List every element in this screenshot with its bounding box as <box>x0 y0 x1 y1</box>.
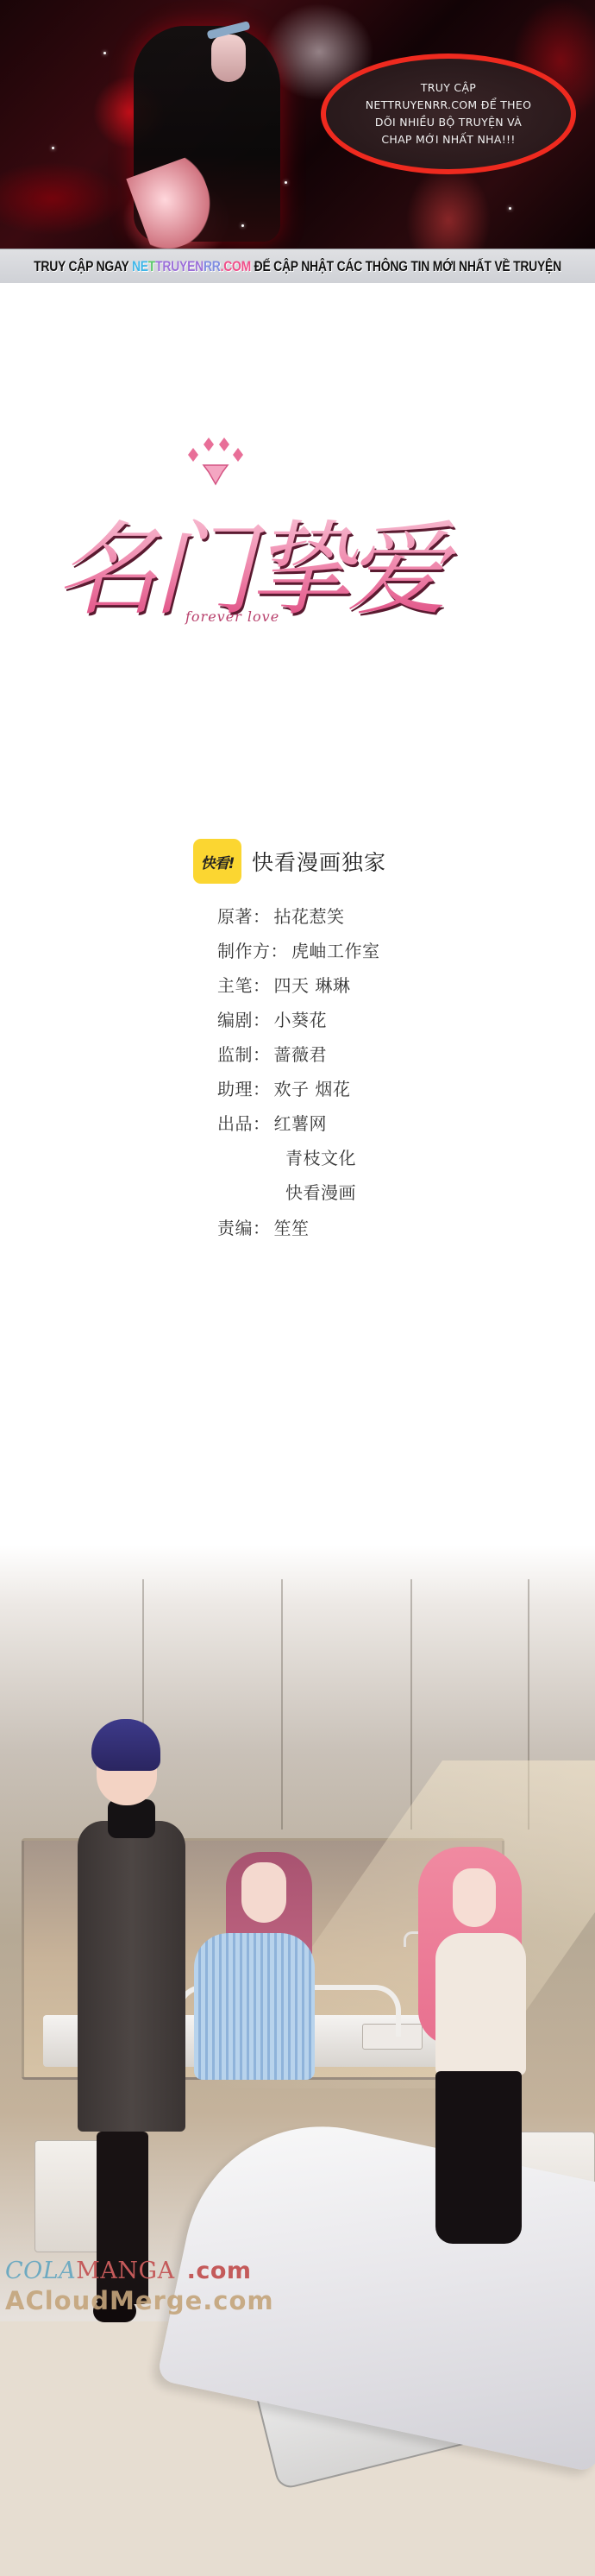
promo-link-bar[interactable]: TRUY CẬP NGAY NETTRUYENRR.COM ĐỂ CẬP NHẬ… <box>0 249 595 283</box>
promo-site-link[interactable]: NETTRUYENRR.COM <box>132 258 251 274</box>
link-segment: T <box>148 258 155 274</box>
credit-supervisor: 监制：蔷薇君 <box>217 1043 327 1066</box>
promo-bar-suffix: ĐỂ CẬP NHẬT CÁC THÔNG TIN MỚI NHẤT VỀ TR… <box>251 258 561 274</box>
patient-pajamas <box>194 1933 315 2080</box>
watermark-dotcom: .com <box>187 2258 252 2284</box>
watermark-line-2: ACloudMerge.com <box>5 2285 274 2316</box>
credit-value: 四天 琳琳 <box>274 974 351 997</box>
man-coat <box>78 1821 185 2132</box>
credit-publisher: 出品：红薯网 <box>217 1112 327 1135</box>
publisher-row: 快看! 快看漫画独家 <box>193 839 386 884</box>
series-subtitle: forever love <box>185 608 279 625</box>
credit-publisher-extra: 快看漫画 <box>285 1181 356 1204</box>
patient-face <box>241 1862 286 1923</box>
girl-cardigan <box>435 1933 526 2075</box>
credit-assistants: 助理：欢子 烟花 <box>217 1078 350 1100</box>
girl-face <box>453 1868 496 1927</box>
credit-value: 虎岫工作室 <box>291 940 380 962</box>
bubble-line: Truy cập <box>345 79 552 97</box>
credit-lead-artist: 主笔：四天 琳琳 <box>217 974 350 997</box>
watermark-cola: COLA <box>5 2258 76 2284</box>
credit-role: 出品： <box>217 1112 271 1135</box>
credit-value: 小葵花 <box>274 1009 328 1031</box>
man-turtleneck <box>108 1799 155 1838</box>
credit-editor: 责编：笙笙 <box>217 1217 310 1239</box>
promo-speech-bubble[interactable]: Truy cập nettruyenrr.com để theo dõi nhi… <box>321 54 576 174</box>
credit-role: 助理： <box>217 1078 271 1100</box>
bubble-line: dõi nhiều bộ truyện và <box>345 114 552 131</box>
credit-publisher-extra: 青枝文化 <box>285 1147 356 1169</box>
credit-original-author: 原著：拈花惹笑 <box>217 905 345 928</box>
promo-bubble-text: Truy cập nettruyenrr.com để theo dõi nhi… <box>345 79 552 148</box>
credit-value: 蔷薇君 <box>274 1043 328 1066</box>
credit-role: 编剧： <box>217 1009 271 1031</box>
link-segment: .COM <box>221 258 251 274</box>
sparkle-icon <box>241 224 244 227</box>
bubble-line: nettruyenrr.com để theo <box>345 97 552 114</box>
kuaikan-logo-icon: 快看! <box>193 839 241 884</box>
girl-skirt <box>435 2071 522 2244</box>
credit-role: 责编： <box>217 1217 271 1239</box>
watermark-line-1: COLAMANGA.com <box>5 2258 274 2285</box>
link-segment: NE <box>132 258 148 274</box>
bubble-line: chap mới nhất nha!!! <box>345 131 552 148</box>
link-segment: TRUYEN <box>155 258 204 274</box>
sparkle-icon <box>285 181 287 184</box>
promo-banner: Truy cập nettruyenrr.com để theo dõi nhi… <box>0 0 595 285</box>
sparkle-icon <box>52 147 54 149</box>
sparkle-icon <box>103 52 106 54</box>
credit-value: 欢子 烟花 <box>274 1078 351 1100</box>
exclusive-label: 快看漫画独家 <box>252 846 386 877</box>
comic-panel-hospital-room <box>0 1545 595 2576</box>
watermark-manga: MANGA <box>76 2258 174 2284</box>
credit-role: 原著： <box>217 905 271 928</box>
watermark: COLAMANGA.com ACloudMerge.com <box>5 2258 274 2316</box>
credit-value: 拈花惹笑 <box>274 905 345 928</box>
diamond-crown-icon <box>181 436 250 488</box>
credit-value: 红薯网 <box>274 1112 328 1135</box>
credit-role: 制作方： <box>217 940 288 962</box>
link-segment: RR <box>204 258 221 274</box>
promo-bar-text: TRUY CẬP NGAY NETTRUYENRR.COM ĐỂ CẬP NHẬ… <box>34 258 561 275</box>
promo-bar-prefix: TRUY CẬP NGAY <box>34 258 132 274</box>
wall-panel-seam <box>410 1579 412 1830</box>
sparkle-icon <box>509 207 511 210</box>
credit-value: 笙笙 <box>274 1217 310 1239</box>
credit-producer: 制作方：虎岫工作室 <box>217 940 380 962</box>
series-logo: 名门挚爱 forever love <box>39 436 539 656</box>
series-title: 名门挚爱 <box>39 483 539 656</box>
promo-character-face <box>211 35 246 82</box>
wall-panel-seam <box>281 1579 283 1830</box>
credit-role: 监制： <box>217 1043 271 1066</box>
credit-screenwriter: 编剧：小葵花 <box>217 1009 327 1031</box>
credit-role: 主笔： <box>217 974 271 997</box>
